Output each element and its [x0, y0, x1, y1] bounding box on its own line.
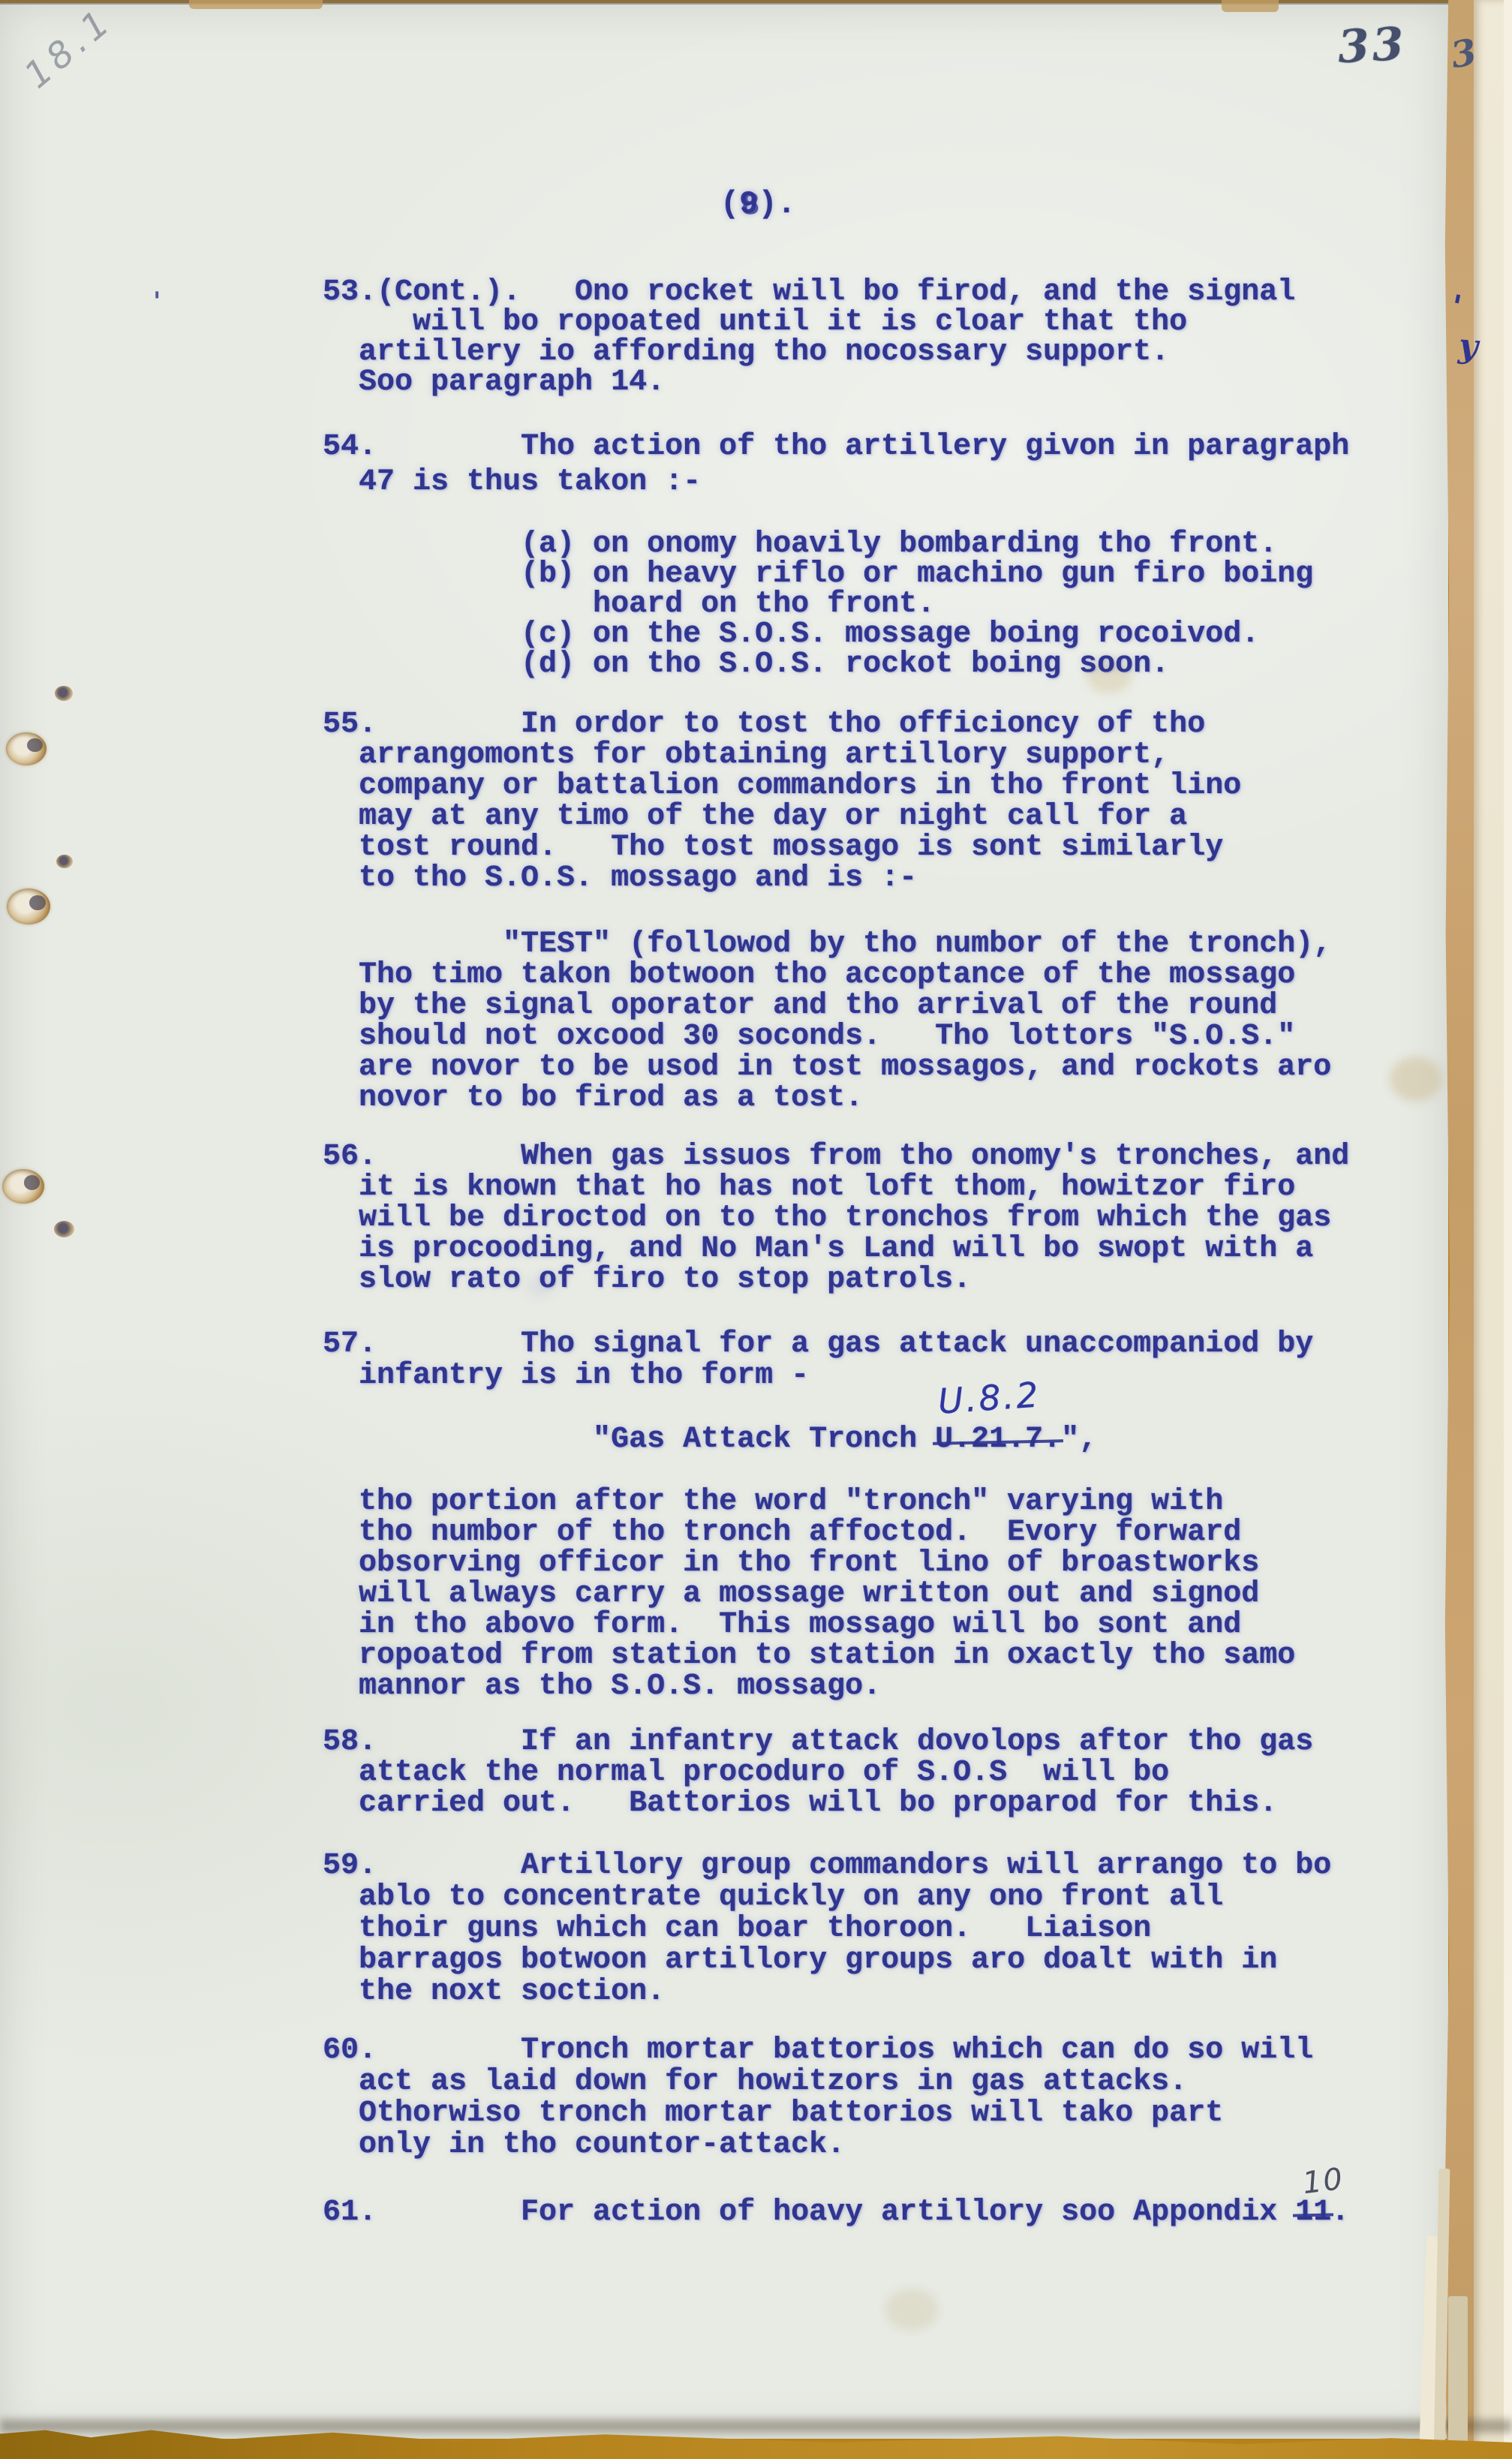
heading-open: ( — [720, 186, 739, 222]
paragraph-55: 55. In ordor to tost tho officioncy of t… — [323, 709, 1241, 894]
paragraph-55-test: "TEST" (followod by tho numbor of the tr… — [323, 929, 1331, 1114]
punch-hole — [2, 1169, 44, 1204]
edge-ink-letter: y — [1457, 326, 1479, 366]
tape-fragment — [189, 0, 323, 9]
punch-hole — [6, 732, 47, 765]
paragraph-59: 59. Artillory group commandors will arra… — [323, 1850, 1331, 2008]
paragraph-57: 57. Tho signal for a gas attack unaccomp… — [323, 1329, 1313, 1392]
underlying-page-edge-2 — [1504, 0, 1512, 2459]
paragraph-57-continued: tho portion aftor the word "tronch" vary… — [323, 1487, 1295, 1702]
stray-ink-mark: ' — [153, 287, 161, 317]
paragraph-56: 56. When gas issuos from tho onomy's tro… — [323, 1141, 1349, 1295]
page-bottom-shadow — [0, 2419, 1512, 2433]
page-gummed-edge — [1444, 0, 1477, 2459]
paragraph-60: 60. Tronch mortar battorios which can do… — [323, 2035, 1313, 2161]
page-number-pencil: 33 — [1336, 18, 1408, 74]
punch-hole — [56, 855, 73, 868]
paper-stain — [885, 2289, 938, 2331]
paragraph-53: 53.(Cont.). Ono rocket will bo firod, an… — [323, 278, 1295, 398]
punch-hole — [7, 888, 50, 924]
paragraph-54: 54. Tho action of tho artillery givon in… — [323, 429, 1349, 500]
punch-hole — [54, 1221, 74, 1237]
tape-fragment — [1222, 0, 1279, 12]
scanned-document-photo: { "colors": { "ink": "#2f3590", "pencil"… — [0, 0, 1512, 2459]
struck-text: U.21.7. — [935, 1423, 1061, 1456]
overstruck-digit: 89 — [739, 186, 758, 222]
struck-text: 11 — [1295, 2196, 1331, 2229]
paragraph-58: 58. If an infantry attack dovolops aftor… — [323, 1727, 1313, 1819]
paragraph-61: 61. For action of hoavy artillory soo Ap… — [323, 2197, 1349, 2228]
heading-close: ). — [758, 186, 795, 222]
stacked-page-edge — [1448, 2296, 1468, 2459]
page-heading: (89). — [720, 186, 796, 222]
paper-stain — [1390, 1057, 1442, 1102]
paragraph-54-list: (a) on onomy hoavily bombarding tho fron… — [323, 530, 1313, 680]
punch-hole — [55, 686, 73, 701]
paragraph-57-signal: "Gas Attack Tronch U.21.7.", — [323, 1424, 1097, 1455]
